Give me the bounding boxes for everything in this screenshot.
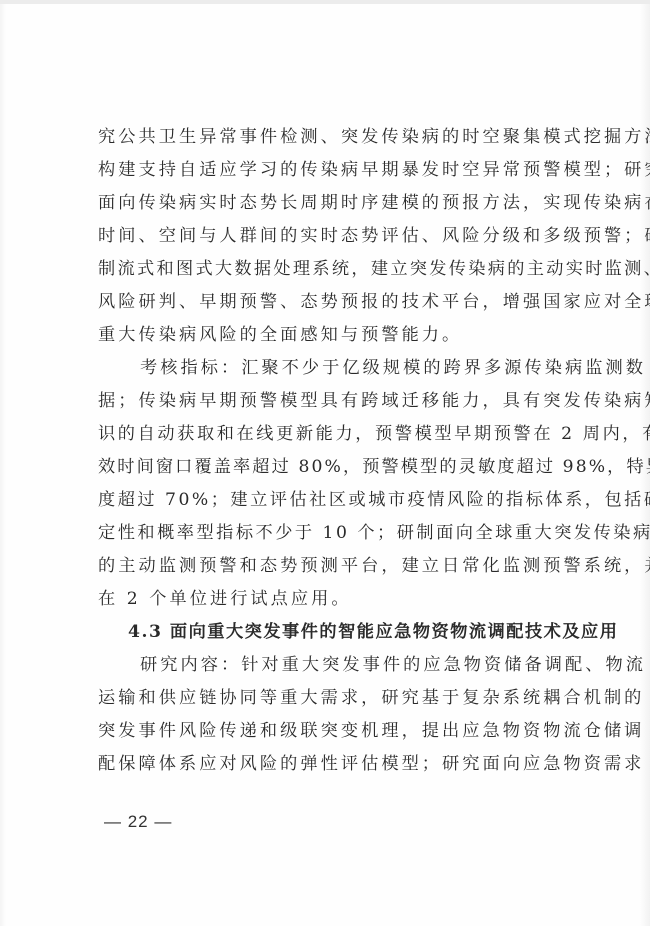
page-number: — 22 — xyxy=(104,812,172,832)
body-line: 效时间窗口覆盖率超过 80%，预警模型的灵敏度超过 98%，特异 xyxy=(98,454,562,487)
body-line: 定性和概率型指标不少于 10 个；研制面向全球重大突发传染病 xyxy=(98,520,562,553)
body-line: 配保障体系应对风险的弹性评估模型；研究面向应急物资需求 xyxy=(98,751,562,784)
body-line: 运输和供应链协同等重大需求，研究基于复杂系统耦合机制的 xyxy=(98,685,562,718)
body-line: 究公共卫生异常事件检测、突发传染病的时空聚集模式挖掘方法， xyxy=(98,124,562,157)
body-line: 度超过 70%；建立评估社区或城市疫情风险的指标体系，包括确 xyxy=(98,487,562,520)
body-line: 据；传染病早期预警模型具有跨域迁移能力，具有突发传染病知 xyxy=(98,388,562,421)
body-line: 构建支持自适应学习的传染病早期暴发时空异常预警模型；研究 xyxy=(98,157,562,190)
body-line: 面向传染病实时态势长周期时序建模的预报方法，实现传染病在 xyxy=(98,190,562,223)
research-content-paragraph-start: 研究内容：针对重大突发事件的应急物资储备调配、物流 xyxy=(98,652,562,685)
body-line: 制流式和图式大数据处理系统，建立突发传染病的主动实时监测、 xyxy=(98,256,562,289)
body-line: 突发事件风险传递和级联突变机理，提出应急物资物流仓储调 xyxy=(98,718,562,751)
body-line: 时间、空间与人群间的实时态势评估、风险分级和多级预警；研 xyxy=(98,223,562,256)
body-line: 的主动监测预警和态势预测平台，建立日常化监测预警系统，并 xyxy=(98,553,562,586)
body-line: 风险研判、早期预警、态势预报的技术平台，增强国家应对全球 xyxy=(98,289,562,322)
body-line: 重大传染病风险的全面感知与预警能力。 xyxy=(98,322,562,355)
document-body: 究公共卫生异常事件检测、突发传染病的时空聚集模式挖掘方法， 构建支持自适应学习的… xyxy=(98,124,562,784)
scan-edge-shadow xyxy=(0,0,650,4)
document-page: 究公共卫生异常事件检测、突发传染病的时空聚集模式挖掘方法， 构建支持自适应学习的… xyxy=(0,0,650,926)
body-line: 在 2 个单位进行试点应用。 xyxy=(98,586,562,619)
body-line: 识的自动获取和在线更新能力，预警模型早期预警在 2 周内，有 xyxy=(98,421,562,454)
section-heading-4-3: 4.3 面向重大突发事件的智能应急物资物流调配技术及应用 xyxy=(98,619,562,652)
assessment-indicators-paragraph-start: 考核指标：汇聚不少于亿级规模的跨界多源传染病监测数 xyxy=(98,355,562,388)
